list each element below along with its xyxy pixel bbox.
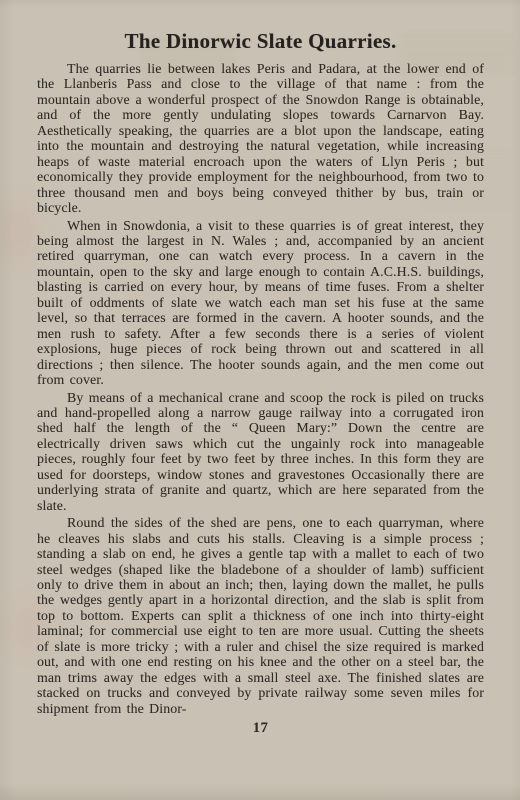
page-number: 17 — [37, 720, 484, 737]
page-edge-shadow-right — [510, 0, 520, 800]
page-edge-shadow-bottom — [0, 784, 520, 800]
paragraph-visit-blasting: When in Snowdonia, a visit to these quar… — [37, 218, 484, 388]
scanned-book-page: The Dinorwic Slate Quarries. The quarrie… — [0, 0, 520, 800]
paragraph-cleaving-shipment: Round the sides of the shed are pens, on… — [37, 515, 484, 716]
page-text-block: The Dinorwic Slate Quarries. The quarrie… — [37, 28, 484, 737]
page-edge-shadow-left — [0, 0, 14, 800]
page-edge-shadow-top — [0, 0, 520, 8]
paragraph-crane-saws: By means of a mechanical crane and scoop… — [37, 390, 484, 514]
paragraph-quarries-location: The quarries lie between lakes Peris and… — [37, 61, 484, 216]
page-title: The Dinorwic Slate Quarries. — [37, 28, 484, 54]
